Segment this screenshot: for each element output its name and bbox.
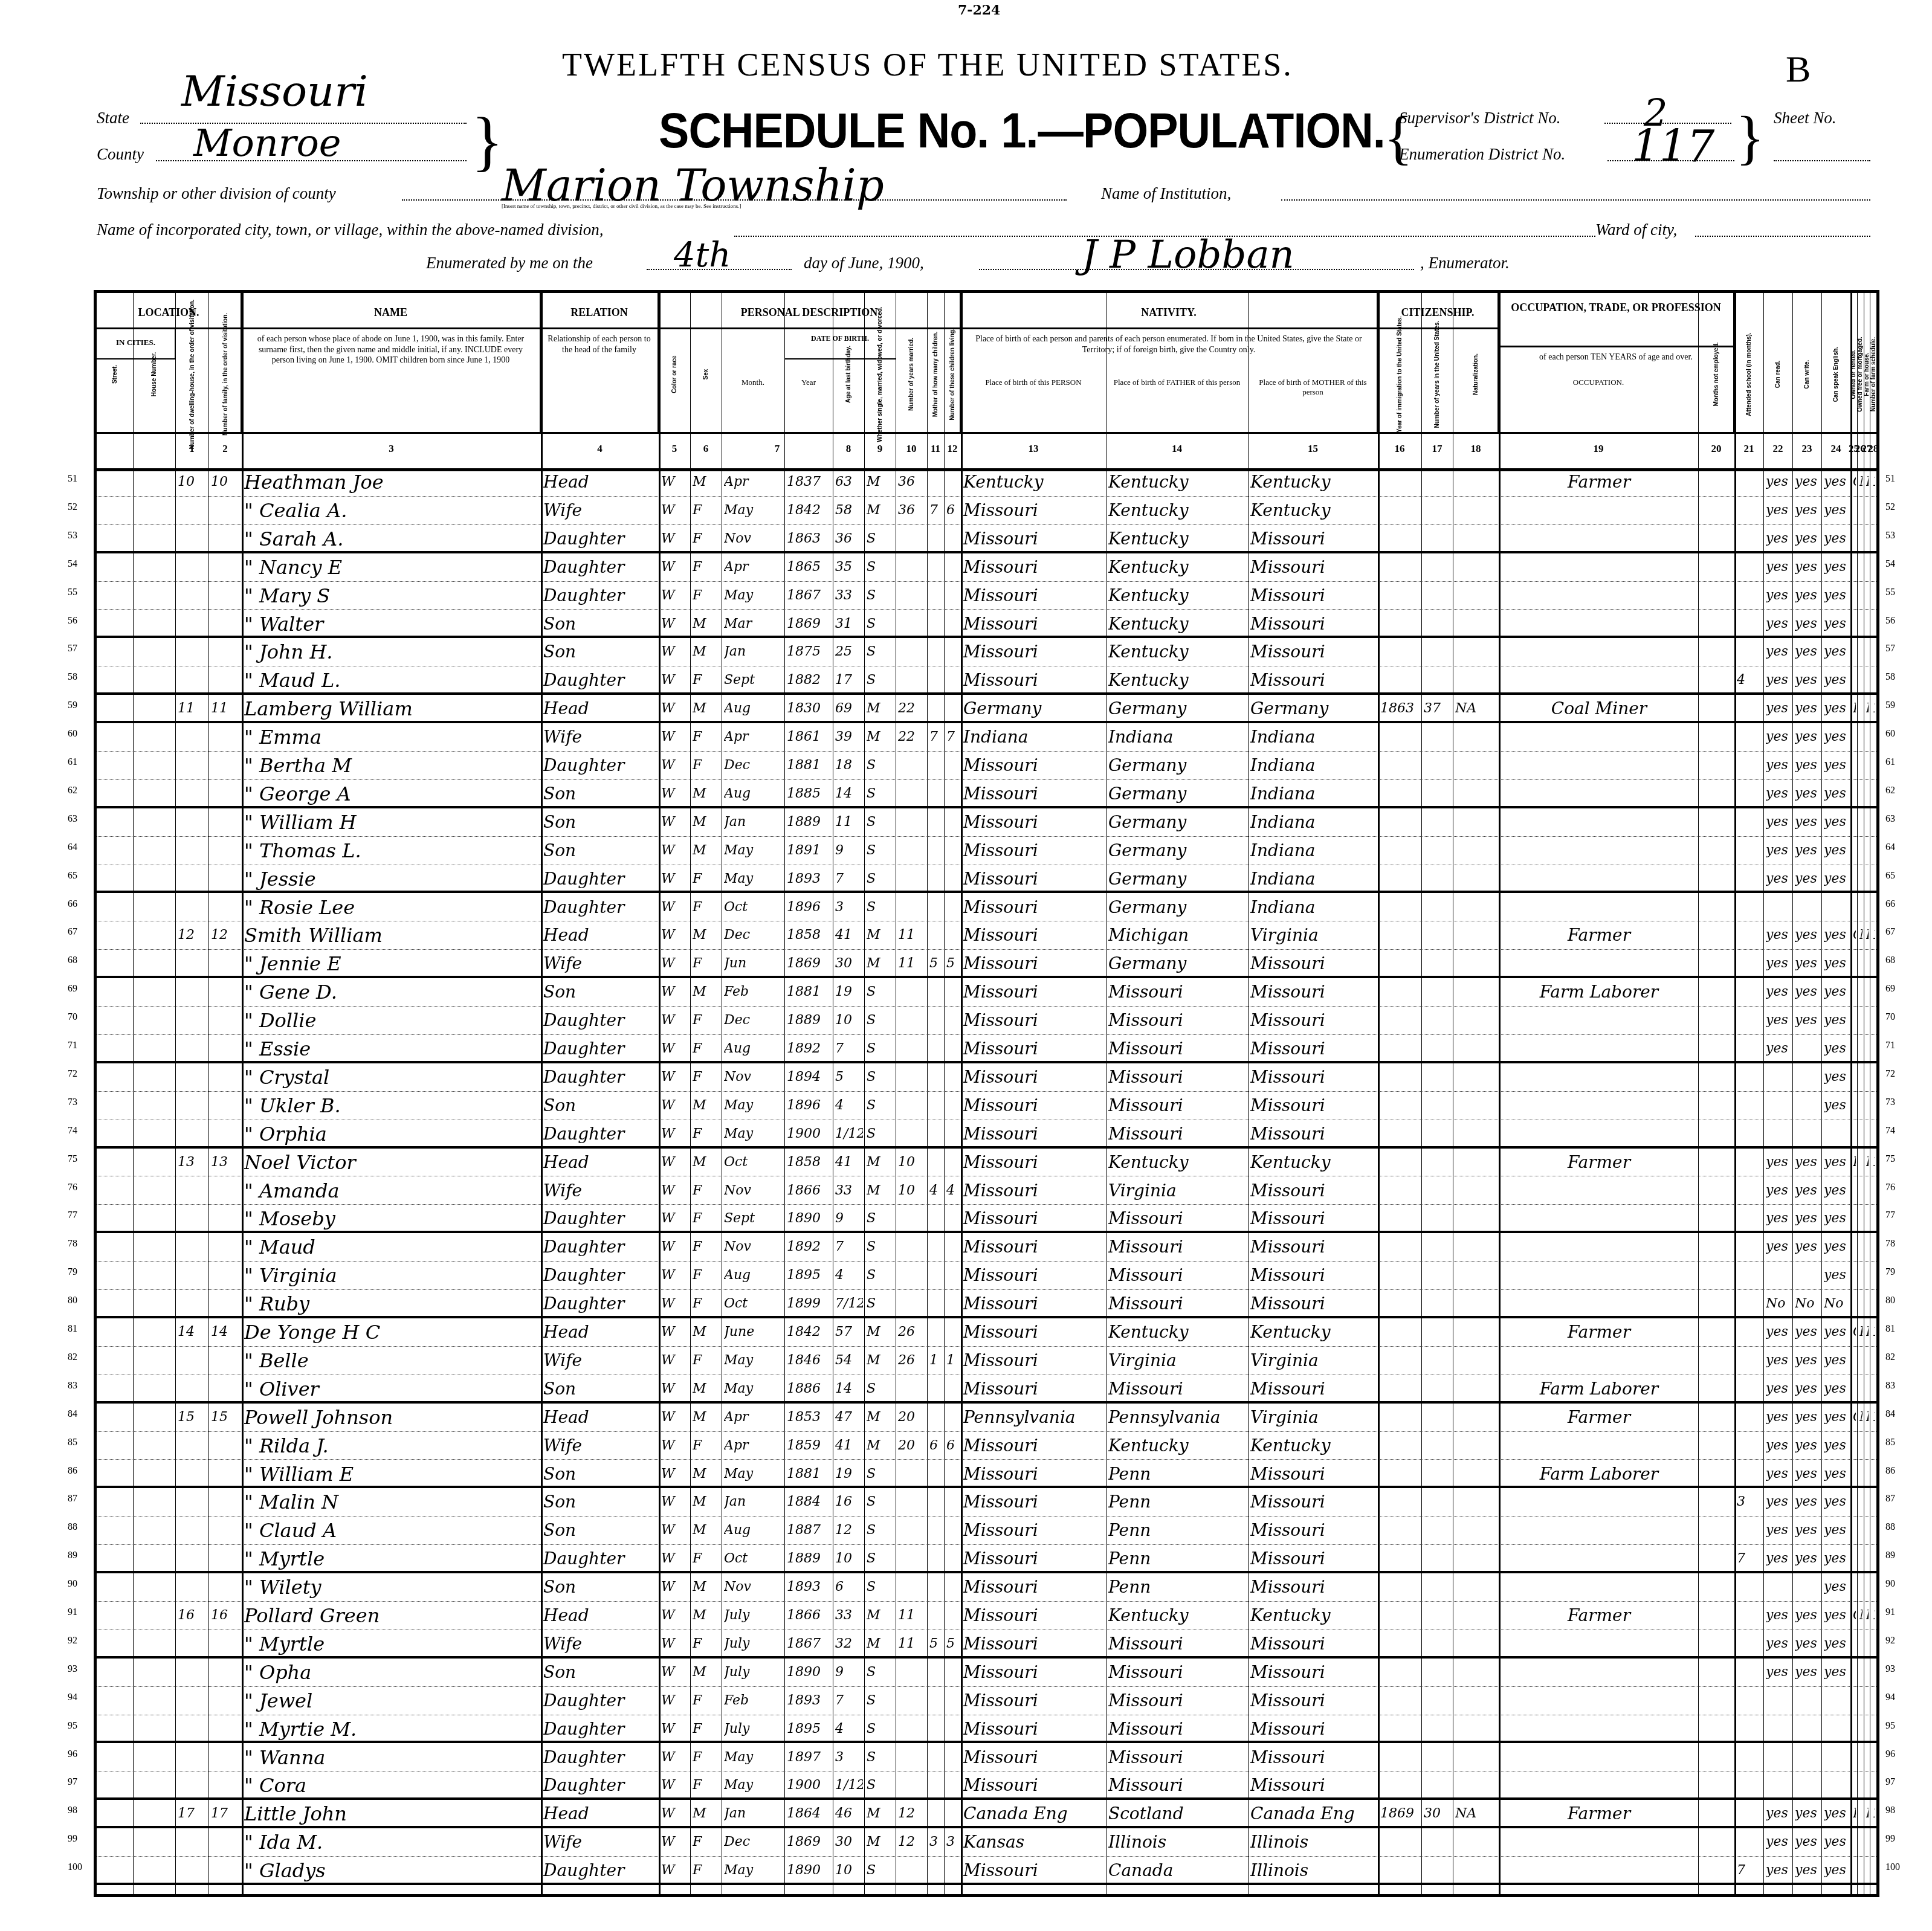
cell-eng[interactable]: yes <box>1824 1602 1849 1630</box>
cell-fs[interactable] <box>1872 752 1875 779</box>
cell-bm[interactable]: Missouri <box>1250 1375 1377 1401</box>
cell-age[interactable]: 58 <box>835 497 863 524</box>
cell-fs[interactable] <box>1872 1744 1875 1771</box>
cell-fs[interactable] <box>1872 1659 1875 1686</box>
cell-year[interactable]: 1893 <box>787 1573 832 1601</box>
cell-year[interactable]: 1842 <box>787 497 832 524</box>
cell-farm[interactable] <box>1866 780 1869 806</box>
cell-occ[interactable] <box>1501 1517 1697 1544</box>
cell-yrs[interactable] <box>1424 1771 1452 1797</box>
cell-bm[interactable]: Missouri <box>1250 978 1377 1006</box>
cell-eng[interactable]: yes <box>1824 1205 1849 1231</box>
cell-fs[interactable] <box>1872 1063 1875 1091</box>
cell-ym[interactable] <box>898 610 926 636</box>
cell-mar[interactable]: S <box>867 610 894 636</box>
cell-yrs[interactable] <box>1424 1545 1452 1571</box>
cell-rel[interactable]: Son <box>543 1659 657 1686</box>
cell-fam[interactable] <box>211 1177 241 1205</box>
cell-mu[interactable] <box>1701 695 1733 721</box>
cell-farm[interactable] <box>1866 978 1869 1006</box>
cell-color[interactable]: W <box>661 1715 689 1741</box>
cell-sch[interactable] <box>1737 468 1762 496</box>
cell-name[interactable]: " Moseby <box>244 1205 540 1231</box>
cell-read[interactable]: yes <box>1766 1857 1791 1883</box>
cell-eng[interactable]: yes <box>1824 638 1849 666</box>
cell-ym[interactable]: 11 <box>898 950 926 976</box>
cell-mo[interactable]: 4 <box>929 1177 943 1205</box>
cell-eng[interactable]: yes <box>1824 1035 1849 1061</box>
cell-bp[interactable]: Germany <box>963 695 1105 721</box>
cell-nat[interactable]: NA <box>1455 1800 1497 1826</box>
cell-yrs[interactable] <box>1424 582 1452 610</box>
cell-bm[interactable]: Missouri <box>1250 1035 1377 1061</box>
cell-year[interactable]: 1896 <box>787 1092 832 1120</box>
cell-farm[interactable] <box>1866 497 1869 524</box>
cell-mort[interactable]: M <box>1859 468 1863 496</box>
cell-sex[interactable]: F <box>693 1290 720 1316</box>
cell-bf[interactable]: Kentucky <box>1108 638 1247 666</box>
cell-year[interactable]: 1897 <box>787 1744 832 1771</box>
cell-fam[interactable] <box>211 978 241 1006</box>
cell-dw[interactable] <box>178 610 207 636</box>
cell-rel[interactable]: Daughter <box>543 582 657 610</box>
cell-nat[interactable] <box>1455 950 1497 976</box>
cell-fam[interactable]: 14 <box>211 1318 241 1346</box>
cell-fam[interactable] <box>211 1771 241 1797</box>
cell-mort[interactable] <box>1859 865 1863 891</box>
cell-color[interactable]: W <box>661 1318 689 1346</box>
cell-occ[interactable] <box>1501 1063 1697 1091</box>
cell-imm[interactable] <box>1380 865 1420 891</box>
cell-fam[interactable] <box>211 638 241 666</box>
cell-month[interactable]: Oct <box>724 894 783 921</box>
cell-read[interactable]: yes <box>1766 837 1791 865</box>
cell-occ[interactable] <box>1501 1262 1697 1289</box>
cell-write[interactable] <box>1795 894 1820 921</box>
cell-dw[interactable] <box>178 1007 207 1034</box>
cell-own[interactable]: O <box>1853 921 1856 949</box>
cell-farm[interactable] <box>1866 1035 1869 1061</box>
cell-rel[interactable]: Daughter <box>543 525 657 551</box>
cell-farm[interactable] <box>1866 1630 1869 1656</box>
cell-read[interactable]: yes <box>1766 921 1791 949</box>
cell-mar[interactable]: M <box>867 695 894 721</box>
cell-occ[interactable] <box>1501 1007 1697 1034</box>
cell-eng[interactable] <box>1824 894 1849 921</box>
cell-year[interactable]: 1882 <box>787 666 832 692</box>
cell-name[interactable]: " Maud L. <box>244 666 540 692</box>
cell-mu[interactable] <box>1701 1318 1733 1346</box>
cell-year[interactable]: 1869 <box>787 1828 832 1856</box>
cell-year[interactable]: 1889 <box>787 1545 832 1571</box>
cell-mar[interactable]: S <box>867 1744 894 1771</box>
cell-ch[interactable] <box>946 1149 960 1176</box>
cell-imm[interactable] <box>1380 1545 1420 1571</box>
cell-read[interactable]: yes <box>1766 1177 1791 1205</box>
cell-ch[interactable] <box>946 1545 960 1571</box>
cell-sex[interactable]: F <box>693 1857 720 1883</box>
cell-bp[interactable]: Missouri <box>963 1375 1105 1401</box>
cell-read[interactable] <box>1766 1771 1791 1797</box>
cell-bf[interactable]: Pennsylvania <box>1108 1404 1247 1431</box>
cell-nat[interactable] <box>1455 638 1497 666</box>
cell-read[interactable]: yes <box>1766 1035 1791 1061</box>
cell-read[interactable]: yes <box>1766 865 1791 891</box>
cell-sex[interactable]: M <box>693 808 720 836</box>
cell-farm[interactable] <box>1866 1347 1869 1375</box>
cell-mort[interactable] <box>1859 1347 1863 1375</box>
cell-imm[interactable] <box>1380 553 1420 581</box>
cell-dw[interactable]: 15 <box>178 1404 207 1431</box>
cell-dw[interactable] <box>178 1771 207 1797</box>
cell-name[interactable]: " Amanda <box>244 1177 540 1205</box>
cell-ym[interactable] <box>898 1233 926 1261</box>
cell-dw[interactable] <box>178 1659 207 1686</box>
cell-month[interactable]: Oct <box>724 1149 783 1176</box>
cell-yrs[interactable] <box>1424 497 1452 524</box>
cell-mar[interactable]: S <box>867 553 894 581</box>
cell-sch[interactable] <box>1737 1460 1762 1486</box>
cell-bp[interactable]: Missouri <box>963 1744 1105 1771</box>
cell-nat[interactable] <box>1455 1092 1497 1120</box>
cell-dw[interactable] <box>178 525 207 551</box>
cell-yrs[interactable] <box>1424 780 1452 806</box>
cell-eng[interactable]: yes <box>1824 1318 1849 1346</box>
cell-sex[interactable]: M <box>693 1460 720 1486</box>
cell-mort[interactable]: F <box>1859 1318 1863 1346</box>
cell-age[interactable]: 3 <box>835 894 863 921</box>
cell-farm[interactable] <box>1866 752 1869 779</box>
cell-mo[interactable] <box>929 1715 943 1741</box>
cell-sex[interactable]: M <box>693 1517 720 1544</box>
cell-month[interactable]: Jan <box>724 808 783 836</box>
cell-mo[interactable] <box>929 1602 943 1630</box>
cell-month[interactable]: June <box>724 1318 783 1346</box>
cell-farm[interactable] <box>1866 1744 1869 1771</box>
cell-bp[interactable]: Missouri <box>963 525 1105 551</box>
cell-year[interactable]: 1900 <box>787 1771 832 1797</box>
cell-color[interactable]: W <box>661 1035 689 1061</box>
cell-mar[interactable]: S <box>867 1035 894 1061</box>
cell-color[interactable]: W <box>661 1007 689 1034</box>
cell-name[interactable]: Lamberg William <box>244 695 540 721</box>
cell-sex[interactable]: F <box>693 666 720 692</box>
cell-sch[interactable] <box>1737 780 1762 806</box>
cell-imm[interactable] <box>1380 638 1420 666</box>
cell-sch[interactable] <box>1737 1517 1762 1544</box>
cell-yrs[interactable] <box>1424 808 1452 836</box>
cell-yrs[interactable] <box>1424 1488 1452 1516</box>
cell-color[interactable]: W <box>661 1092 689 1120</box>
cell-bm[interactable]: Missouri <box>1250 1177 1377 1205</box>
cell-yrs[interactable] <box>1424 1687 1452 1715</box>
cell-mar[interactable]: S <box>867 1517 894 1544</box>
cell-dw[interactable] <box>178 865 207 891</box>
cell-mu[interactable] <box>1701 1715 1733 1741</box>
cell-month[interactable]: May <box>724 497 783 524</box>
cell-farm[interactable] <box>1866 610 1869 636</box>
cell-fs[interactable] <box>1872 525 1875 551</box>
cell-farm[interactable] <box>1866 1375 1869 1401</box>
cell-year[interactable]: 1866 <box>787 1177 832 1205</box>
cell-yrs[interactable] <box>1424 1007 1452 1034</box>
cell-mo[interactable] <box>929 1318 943 1346</box>
cell-mort[interactable] <box>1859 1771 1863 1797</box>
cell-dw[interactable] <box>178 553 207 581</box>
cell-color[interactable]: W <box>661 921 689 949</box>
cell-age[interactable]: 30 <box>835 1828 863 1856</box>
cell-mort[interactable] <box>1859 1659 1863 1686</box>
cell-farm[interactable]: F <box>1866 1404 1869 1431</box>
cell-write[interactable]: yes <box>1795 865 1820 891</box>
cell-write[interactable]: yes <box>1795 752 1820 779</box>
cell-rel[interactable]: Daughter <box>543 894 657 921</box>
cell-mort[interactable] <box>1859 1687 1863 1715</box>
cell-fam[interactable]: 13 <box>211 1149 241 1176</box>
cell-mort[interactable] <box>1859 1715 1863 1741</box>
cell-nat[interactable] <box>1455 723 1497 751</box>
cell-color[interactable]: W <box>661 1857 689 1883</box>
cell-mort[interactable] <box>1859 1517 1863 1544</box>
cell-age[interactable]: 12 <box>835 1517 863 1544</box>
cell-age[interactable]: 14 <box>835 1375 863 1401</box>
cell-rel[interactable]: Son <box>543 1375 657 1401</box>
cell-rel[interactable]: Daughter <box>543 752 657 779</box>
cell-mo[interactable]: 1 <box>929 1347 943 1375</box>
cell-ym[interactable] <box>898 1545 926 1571</box>
cell-read[interactable]: yes <box>1766 1488 1791 1516</box>
cell-color[interactable]: W <box>661 1149 689 1176</box>
cell-write[interactable]: yes <box>1795 921 1820 949</box>
cell-mar[interactable]: S <box>867 1687 894 1715</box>
cell-bp[interactable]: Missouri <box>963 1318 1105 1346</box>
cell-fs[interactable]: 10 <box>1872 468 1875 496</box>
cell-fs[interactable] <box>1872 1630 1875 1656</box>
cell-nat[interactable] <box>1455 582 1497 610</box>
cell-sch[interactable] <box>1737 1404 1762 1431</box>
cell-fam[interactable] <box>211 752 241 779</box>
cell-ym[interactable] <box>898 1857 926 1883</box>
cell-write[interactable]: yes <box>1795 525 1820 551</box>
cell-age[interactable]: 35 <box>835 553 863 581</box>
cell-farm[interactable] <box>1866 1687 1869 1715</box>
cell-imm[interactable] <box>1380 1375 1420 1401</box>
cell-ch[interactable] <box>946 582 960 610</box>
cell-imm[interactable] <box>1380 1517 1420 1544</box>
cell-occ[interactable]: Farm Laborer <box>1501 1375 1697 1401</box>
cell-sch[interactable] <box>1737 865 1762 891</box>
cell-mar[interactable]: S <box>867 525 894 551</box>
cell-color[interactable]: W <box>661 723 689 751</box>
cell-write[interactable] <box>1795 1744 1820 1771</box>
cell-read[interactable]: yes <box>1766 468 1791 496</box>
cell-own[interactable]: R <box>1853 1800 1856 1826</box>
cell-sch[interactable]: 7 <box>1737 1857 1762 1883</box>
cell-month[interactable]: Apr <box>724 468 783 496</box>
cell-bf[interactable]: Kentucky <box>1108 1318 1247 1346</box>
cell-own[interactable] <box>1853 978 1856 1006</box>
cell-nat[interactable] <box>1455 1149 1497 1176</box>
cell-fs[interactable]: 12 <box>1872 921 1875 949</box>
cell-write[interactable]: yes <box>1795 666 1820 692</box>
cell-bp[interactable]: Missouri <box>963 1488 1105 1516</box>
cell-color[interactable]: W <box>661 1460 689 1486</box>
cell-farm[interactable] <box>1866 1573 1869 1601</box>
cell-write[interactable]: yes <box>1795 638 1820 666</box>
cell-farm[interactable] <box>1866 1120 1869 1146</box>
cell-imm[interactable] <box>1380 1149 1420 1176</box>
cell-bm[interactable]: Missouri <box>1250 1262 1377 1289</box>
cell-color[interactable]: W <box>661 1744 689 1771</box>
cell-mo[interactable] <box>929 1262 943 1289</box>
cell-month[interactable]: May <box>724 1375 783 1401</box>
cell-mar[interactable]: M <box>867 1404 894 1431</box>
cell-mu[interactable] <box>1701 752 1733 779</box>
cell-mu[interactable] <box>1701 1149 1733 1176</box>
cell-bf[interactable]: Penn <box>1108 1460 1247 1486</box>
cell-name[interactable]: " Crystal <box>244 1063 540 1091</box>
cell-bm[interactable]: Missouri <box>1250 1659 1377 1686</box>
cell-month[interactable]: Sept <box>724 666 783 692</box>
cell-own[interactable] <box>1853 1857 1856 1883</box>
cell-bf[interactable]: Germany <box>1108 950 1247 976</box>
cell-age[interactable]: 36 <box>835 525 863 551</box>
cell-ch[interactable] <box>946 921 960 949</box>
cell-age[interactable]: 54 <box>835 1347 863 1375</box>
cell-sex[interactable]: M <box>693 1602 720 1630</box>
cell-mo[interactable] <box>929 1205 943 1231</box>
cell-eng[interactable]: No <box>1824 1290 1849 1316</box>
cell-bf[interactable]: Germany <box>1108 752 1247 779</box>
cell-month[interactable]: May <box>724 1857 783 1883</box>
cell-eng[interactable]: yes <box>1824 837 1849 865</box>
cell-dw[interactable] <box>178 1687 207 1715</box>
cell-mar[interactable]: S <box>867 1545 894 1571</box>
cell-dw[interactable] <box>178 1092 207 1120</box>
cell-write[interactable]: yes <box>1795 1404 1820 1431</box>
cell-imm[interactable] <box>1380 837 1420 865</box>
cell-bm[interactable]: Indiana <box>1250 752 1377 779</box>
cell-write[interactable]: yes <box>1795 1545 1820 1571</box>
cell-color[interactable]: W <box>661 1517 689 1544</box>
cell-yrs[interactable] <box>1424 837 1452 865</box>
cell-bf[interactable]: Missouri <box>1108 1375 1247 1401</box>
cell-fam[interactable] <box>211 865 241 891</box>
cell-rel[interactable]: Head <box>543 921 657 949</box>
cell-year[interactable]: 1830 <box>787 695 832 721</box>
cell-dw[interactable]: 16 <box>178 1602 207 1630</box>
cell-occ[interactable] <box>1501 865 1697 891</box>
cell-occ[interactable]: Farmer <box>1501 1404 1697 1431</box>
cell-farm[interactable] <box>1866 1205 1869 1231</box>
cell-ym[interactable] <box>898 525 926 551</box>
cell-ym[interactable]: 11 <box>898 1630 926 1656</box>
cell-mu[interactable] <box>1701 808 1733 836</box>
cell-bm[interactable]: Missouri <box>1250 1205 1377 1231</box>
cell-mar[interactable]: M <box>867 921 894 949</box>
cell-bf[interactable]: Kentucky <box>1108 1149 1247 1176</box>
cell-ch[interactable] <box>946 1120 960 1146</box>
cell-mo[interactable]: 6 <box>929 1432 943 1460</box>
cell-farm[interactable] <box>1866 582 1869 610</box>
cell-yrs[interactable] <box>1424 723 1452 751</box>
cell-ch[interactable] <box>946 808 960 836</box>
cell-nat[interactable] <box>1455 1828 1497 1856</box>
cell-bp[interactable]: Missouri <box>963 1063 1105 1091</box>
cell-ym[interactable] <box>898 1744 926 1771</box>
cell-bf[interactable]: Kentucky <box>1108 1432 1247 1460</box>
cell-rel[interactable]: Wife <box>543 1432 657 1460</box>
cell-age[interactable]: 31 <box>835 610 863 636</box>
cell-read[interactable]: yes <box>1766 1460 1791 1486</box>
cell-fs[interactable] <box>1872 1347 1875 1375</box>
cell-bm[interactable]: Missouri <box>1250 610 1377 636</box>
cell-mort[interactable] <box>1859 666 1863 692</box>
cell-ch[interactable] <box>946 1488 960 1516</box>
cell-eng[interactable] <box>1824 1687 1849 1715</box>
cell-ym[interactable] <box>898 1517 926 1544</box>
cell-sex[interactable]: M <box>693 1318 720 1346</box>
cell-bf[interactable]: Virginia <box>1108 1177 1247 1205</box>
cell-year[interactable]: 1892 <box>787 1233 832 1261</box>
cell-yrs[interactable] <box>1424 1659 1452 1686</box>
cell-occ[interactable] <box>1501 837 1697 865</box>
cell-imm[interactable] <box>1380 1177 1420 1205</box>
cell-eng[interactable]: yes <box>1824 553 1849 581</box>
cell-sch[interactable] <box>1737 1432 1762 1460</box>
enumerated-day[interactable]: 4th <box>674 236 731 275</box>
cell-sex[interactable]: F <box>693 1715 720 1741</box>
cell-nat[interactable] <box>1455 978 1497 1006</box>
cell-rel[interactable]: Daughter <box>543 1035 657 1061</box>
cell-write[interactable]: No <box>1795 1290 1820 1316</box>
cell-read[interactable]: yes <box>1766 723 1791 751</box>
cell-month[interactable]: May <box>724 865 783 891</box>
county-value[interactable]: Monroe <box>193 121 341 165</box>
cell-imm[interactable] <box>1380 950 1420 976</box>
cell-eng[interactable]: yes <box>1824 1233 1849 1261</box>
cell-bf[interactable]: Missouri <box>1108 978 1247 1006</box>
cell-bf[interactable]: Germany <box>1108 695 1247 721</box>
cell-bp[interactable]: Missouri <box>963 921 1105 949</box>
cell-ch[interactable] <box>946 553 960 581</box>
cell-sch[interactable] <box>1737 1659 1762 1686</box>
cell-dw[interactable] <box>178 723 207 751</box>
cell-write[interactable]: yes <box>1795 1857 1820 1883</box>
cell-ym[interactable]: 36 <box>898 497 926 524</box>
cell-farm[interactable] <box>1866 1659 1869 1686</box>
cell-mo[interactable] <box>929 894 943 921</box>
cell-sex[interactable]: F <box>693 950 720 976</box>
cell-rel[interactable]: Daughter <box>543 1771 657 1797</box>
cell-dw[interactable] <box>178 1233 207 1261</box>
cell-fam[interactable] <box>211 582 241 610</box>
cell-fs[interactable] <box>1872 582 1875 610</box>
cell-sex[interactable]: F <box>693 1205 720 1231</box>
cell-sch[interactable] <box>1737 582 1762 610</box>
cell-color[interactable]: W <box>661 1063 689 1091</box>
cell-sch[interactable] <box>1737 638 1762 666</box>
cell-imm[interactable] <box>1380 1120 1420 1146</box>
cell-mu[interactable] <box>1701 1120 1733 1146</box>
cell-farm[interactable] <box>1866 638 1869 666</box>
cell-bm[interactable]: Missouri <box>1250 1771 1377 1797</box>
cell-year[interactable]: 1859 <box>787 1432 832 1460</box>
cell-eng[interactable]: yes <box>1824 1404 1849 1431</box>
cell-ch[interactable]: 7 <box>946 723 960 751</box>
cell-bm[interactable]: Germany <box>1250 695 1377 721</box>
cell-own[interactable] <box>1853 1290 1856 1316</box>
